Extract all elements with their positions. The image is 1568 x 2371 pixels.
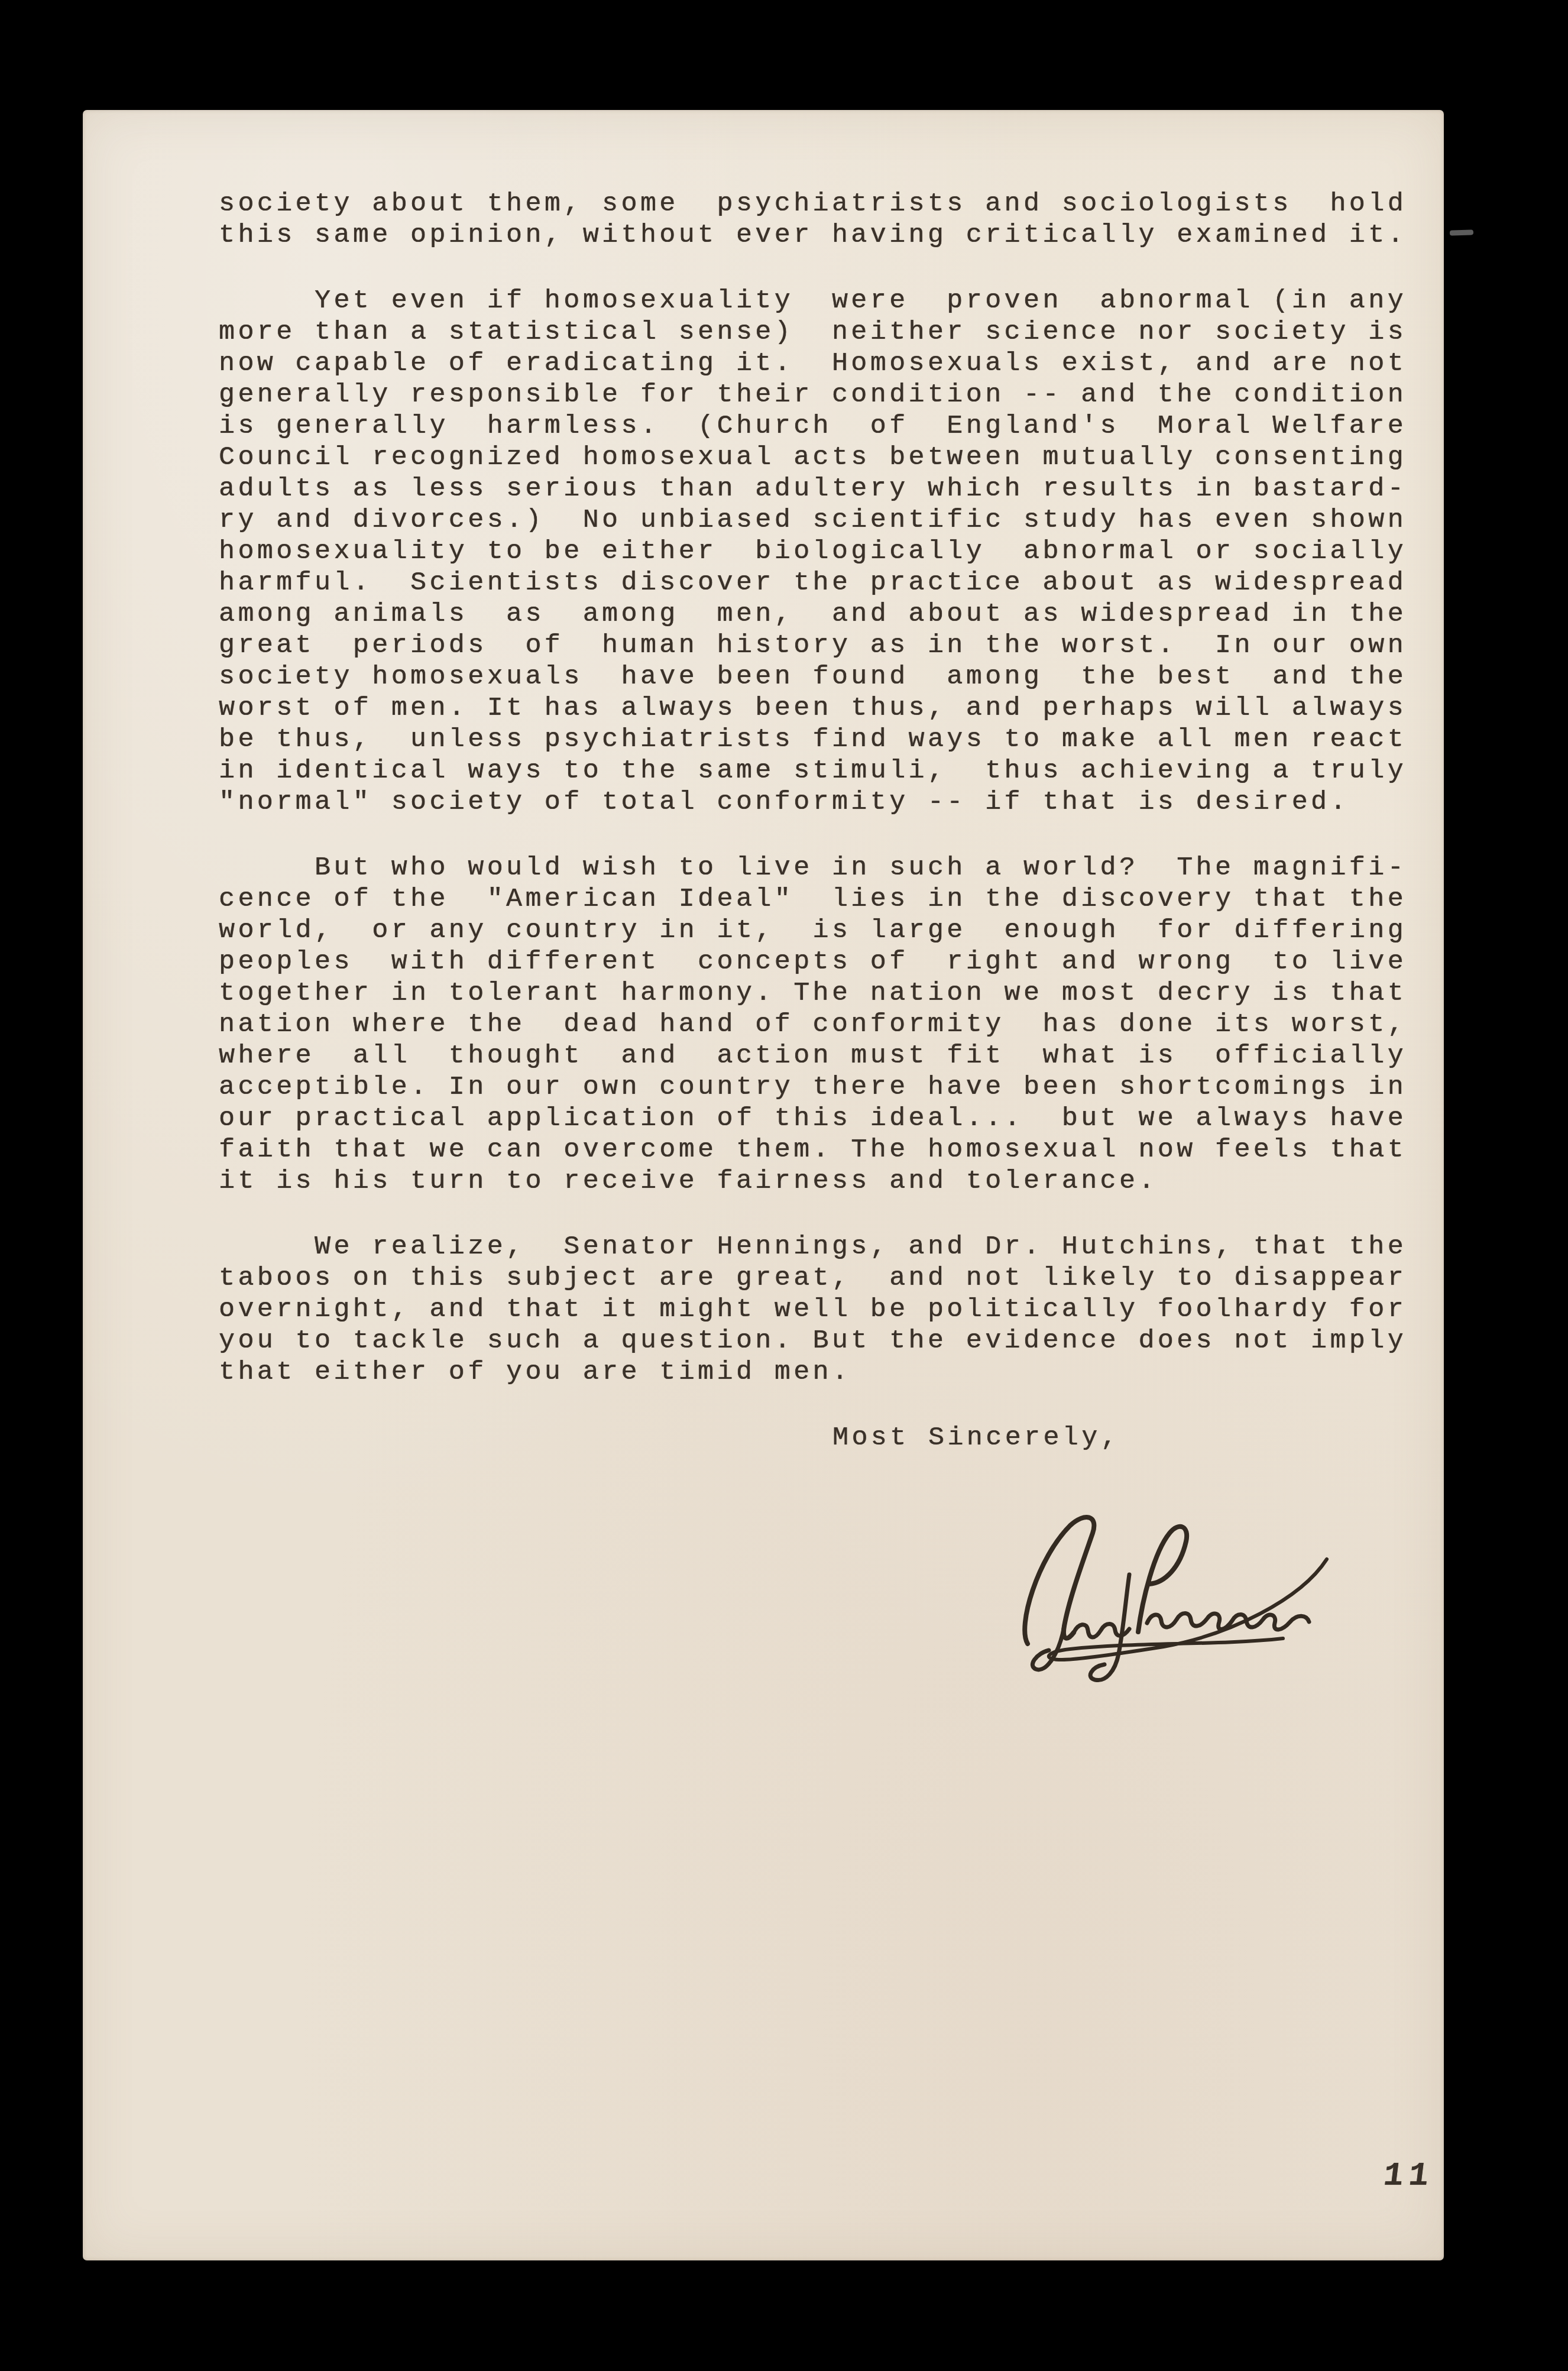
letter-paragraph: society about them, some psychiatrists a…: [219, 188, 1431, 251]
letter-body: society about them, some psychiatrists a…: [219, 188, 1431, 1453]
letter-paragraph: We realize, Senator Hennings, and Dr. Hu…: [219, 1231, 1431, 1388]
scan-background: society about them, some psychiatrists a…: [0, 0, 1568, 2371]
signature-handwriting: [1005, 1505, 1336, 1688]
letter-paragraph: Yet even if homosexuality were proven ab…: [219, 285, 1431, 818]
letter-paragraph: But who would wish to live in such a wor…: [219, 852, 1431, 1197]
letter-page: society about them, some psychiatrists a…: [83, 110, 1444, 2260]
scanner-artifact-mark: [1450, 229, 1473, 235]
closing-line: Most Sincerely,: [832, 1422, 1431, 1453]
page-number: 11: [1381, 2157, 1436, 2195]
